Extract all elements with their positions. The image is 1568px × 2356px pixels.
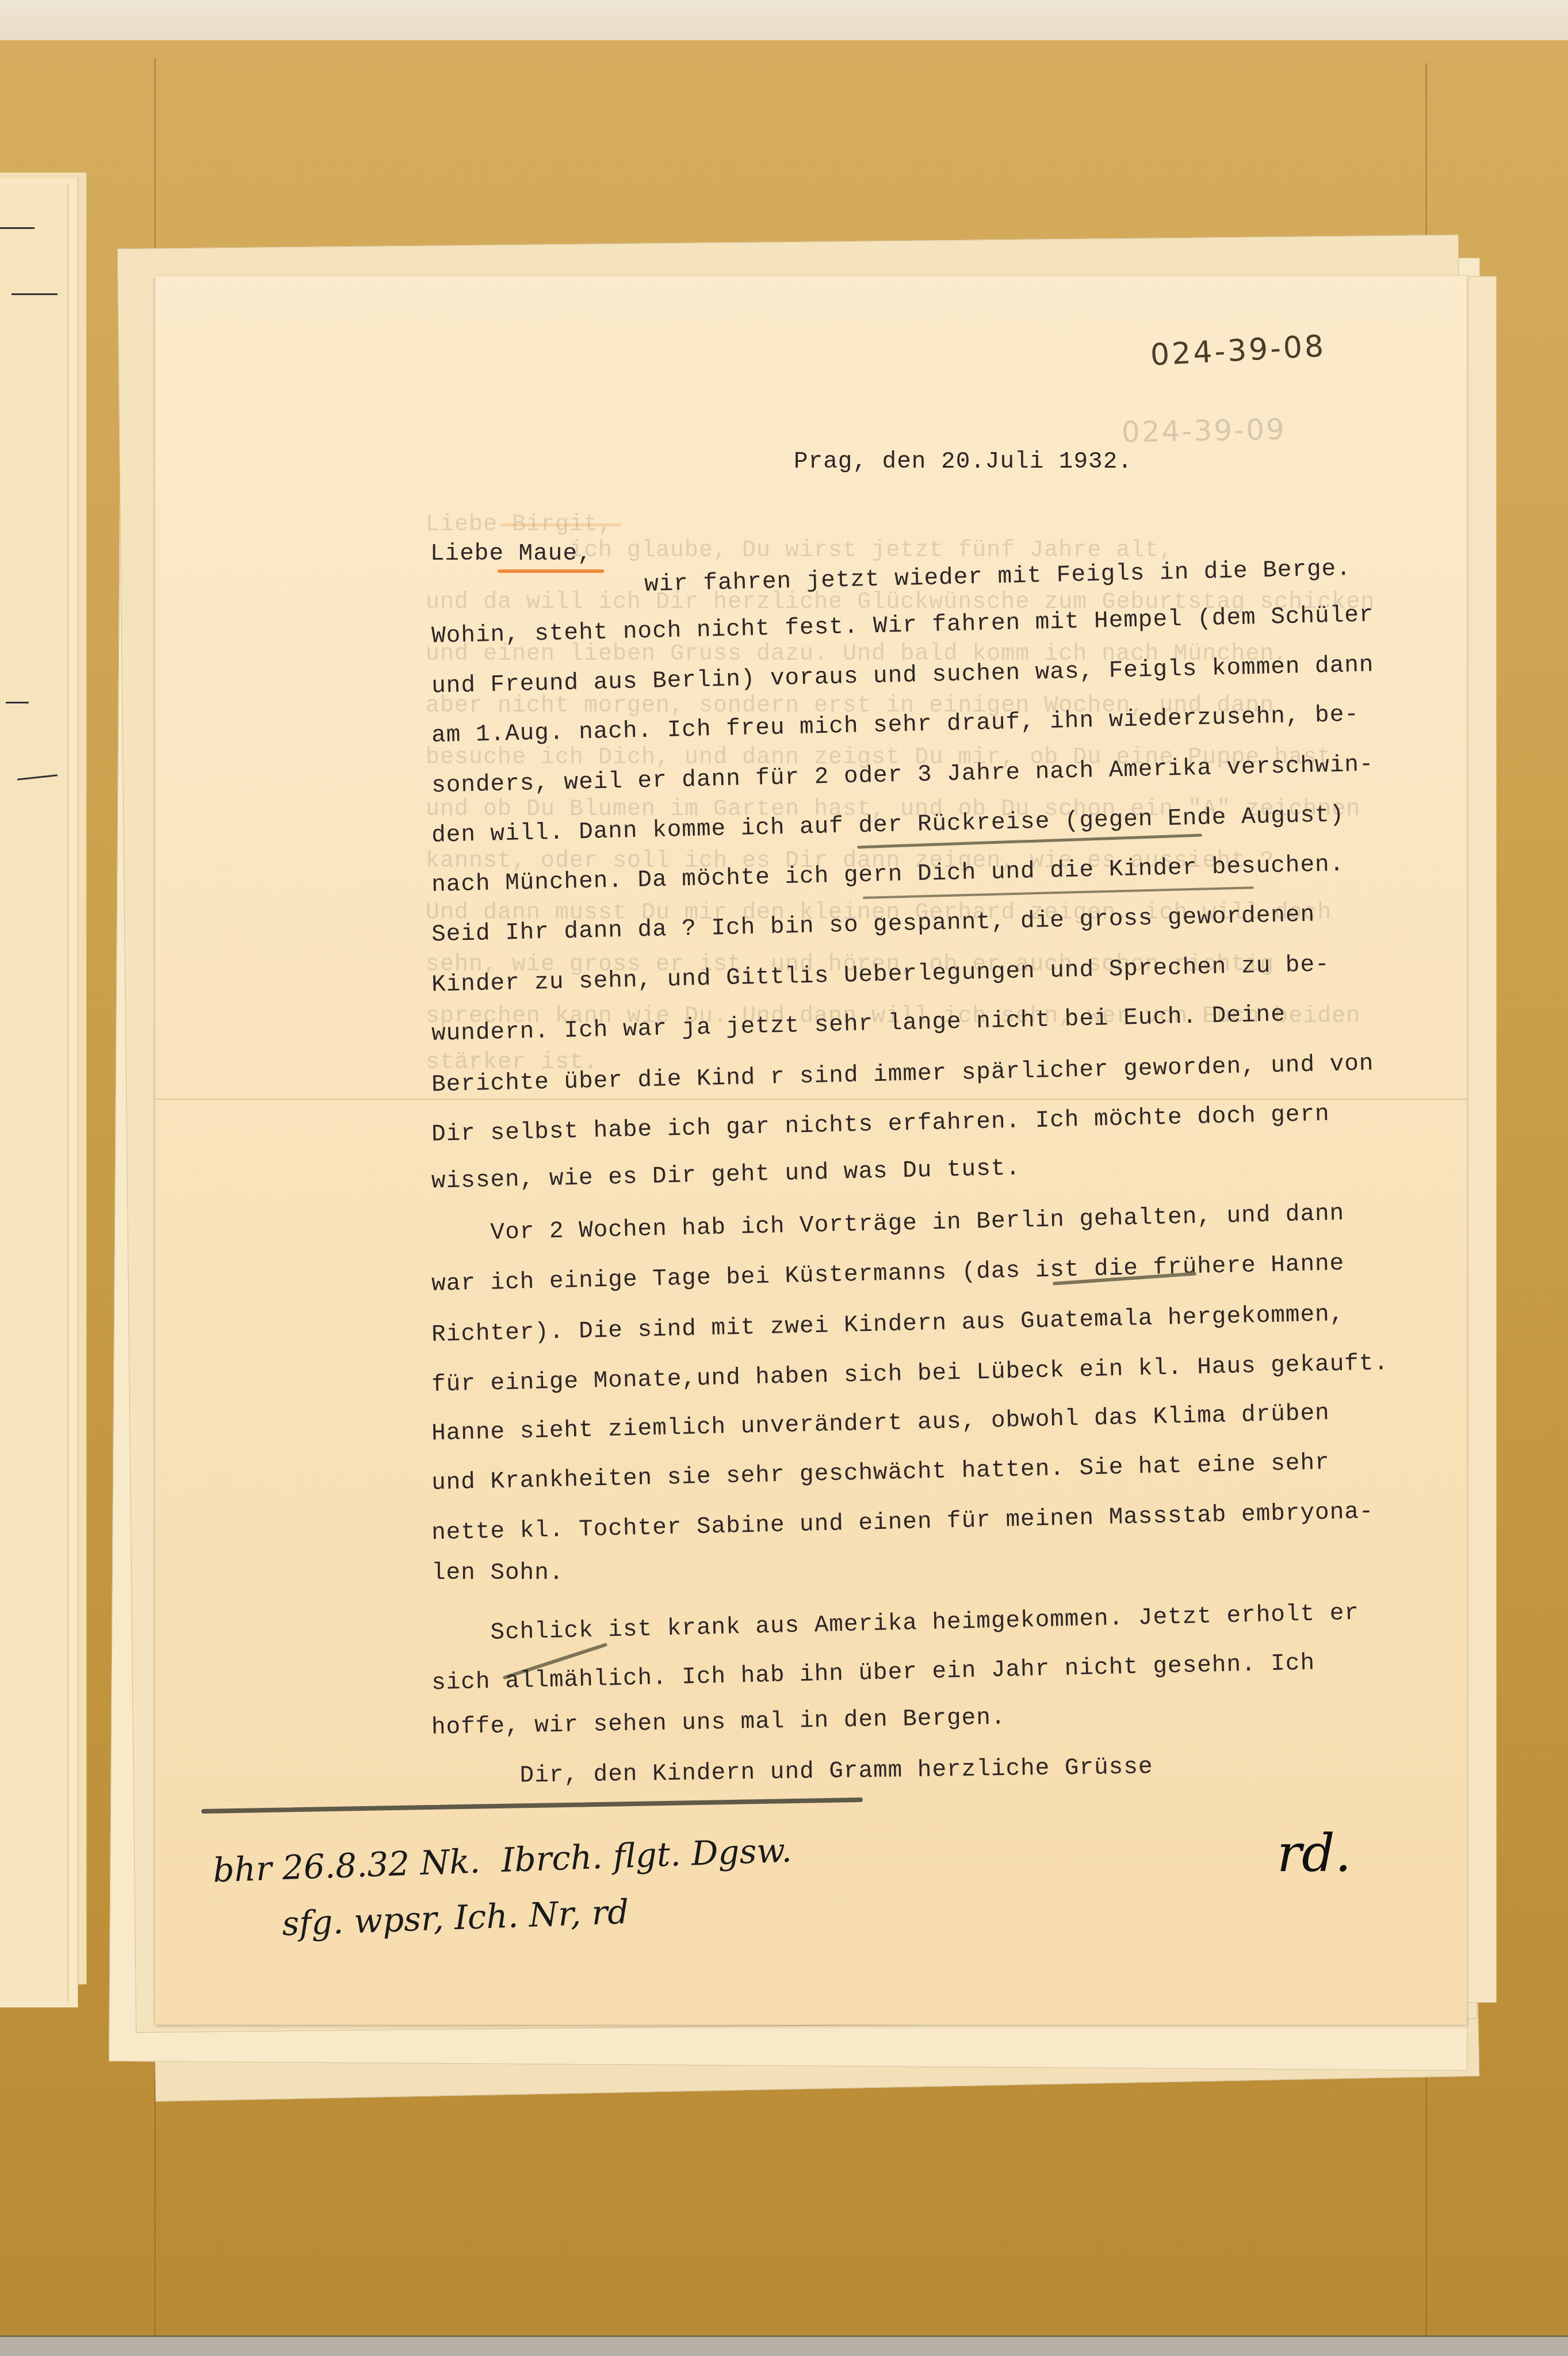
fold-line — [155, 1099, 1467, 1100]
adjacent-sheet — [0, 184, 68, 2002]
folder-bottom-edge — [0, 2335, 1568, 2356]
letter-line: Richter). Die sind mit zwei Kindern aus … — [431, 1301, 1345, 1348]
letter-line: Vor 2 Wochen hab ich Vorträge in Berlin … — [431, 1200, 1345, 1248]
letter-line: wissen, wie es Dir geht und was Du tust. — [431, 1155, 1021, 1195]
letter-line: hoffe, wir sehen uns mal in den Bergen. — [431, 1704, 1006, 1741]
letter-line: Dir selbst habe ich gar nichts erfahren.… — [431, 1101, 1330, 1148]
archive-number-bleedthrough: 024-39-09 — [1122, 413, 1287, 449]
red-underline-faint — [500, 523, 621, 526]
letter-line: für einige Monate,und haben sich bei Lüb… — [431, 1350, 1389, 1398]
handwritten-shorthand-note: bhr 26.8.32 Nk. Ibrch. flgt. Dgsw. — [212, 1830, 792, 1890]
letter-line: Hanne sieht ziemlich unverändert aus, ob… — [431, 1400, 1330, 1447]
letter-line: len Sohn. — [431, 1560, 564, 1586]
red-underline — [498, 569, 604, 573]
signature: rd. — [1277, 1823, 1351, 1884]
pen-mark — [12, 293, 58, 295]
pen-mark — [0, 227, 35, 229]
pen-mark — [6, 702, 29, 703]
handwritten-shorthand-note: sfg. wpsr, Ich. Nr, rd — [281, 1892, 629, 1943]
letter-line: war ich einige Tage bei Küstermanns (das… — [431, 1250, 1345, 1298]
adjacent-document-stack — [0, 173, 92, 2042]
pencil-underline — [863, 886, 1254, 899]
letter-line: nette kl. Tochter Sabine und einen für m… — [431, 1498, 1374, 1546]
letter-line: Schlick ist krank aus Amerika heimgekomm… — [431, 1600, 1360, 1648]
archive-number: 024-39-08 — [1150, 329, 1327, 373]
letter-page: 024-39-08 024-39-09 Liebe Birgit, ich gl… — [155, 276, 1467, 2025]
place-date: Prag, den 20.Juli 1932. — [794, 449, 1133, 475]
salutation: Liebe Maue, — [430, 541, 592, 567]
letter-line: Dir, den Kindern und Gramm herzliche Grü… — [431, 1754, 1153, 1791]
pencil-underline-long — [201, 1797, 863, 1814]
letter-line: und Krankheiten sie sehr geschwächt hatt… — [431, 1449, 1330, 1496]
